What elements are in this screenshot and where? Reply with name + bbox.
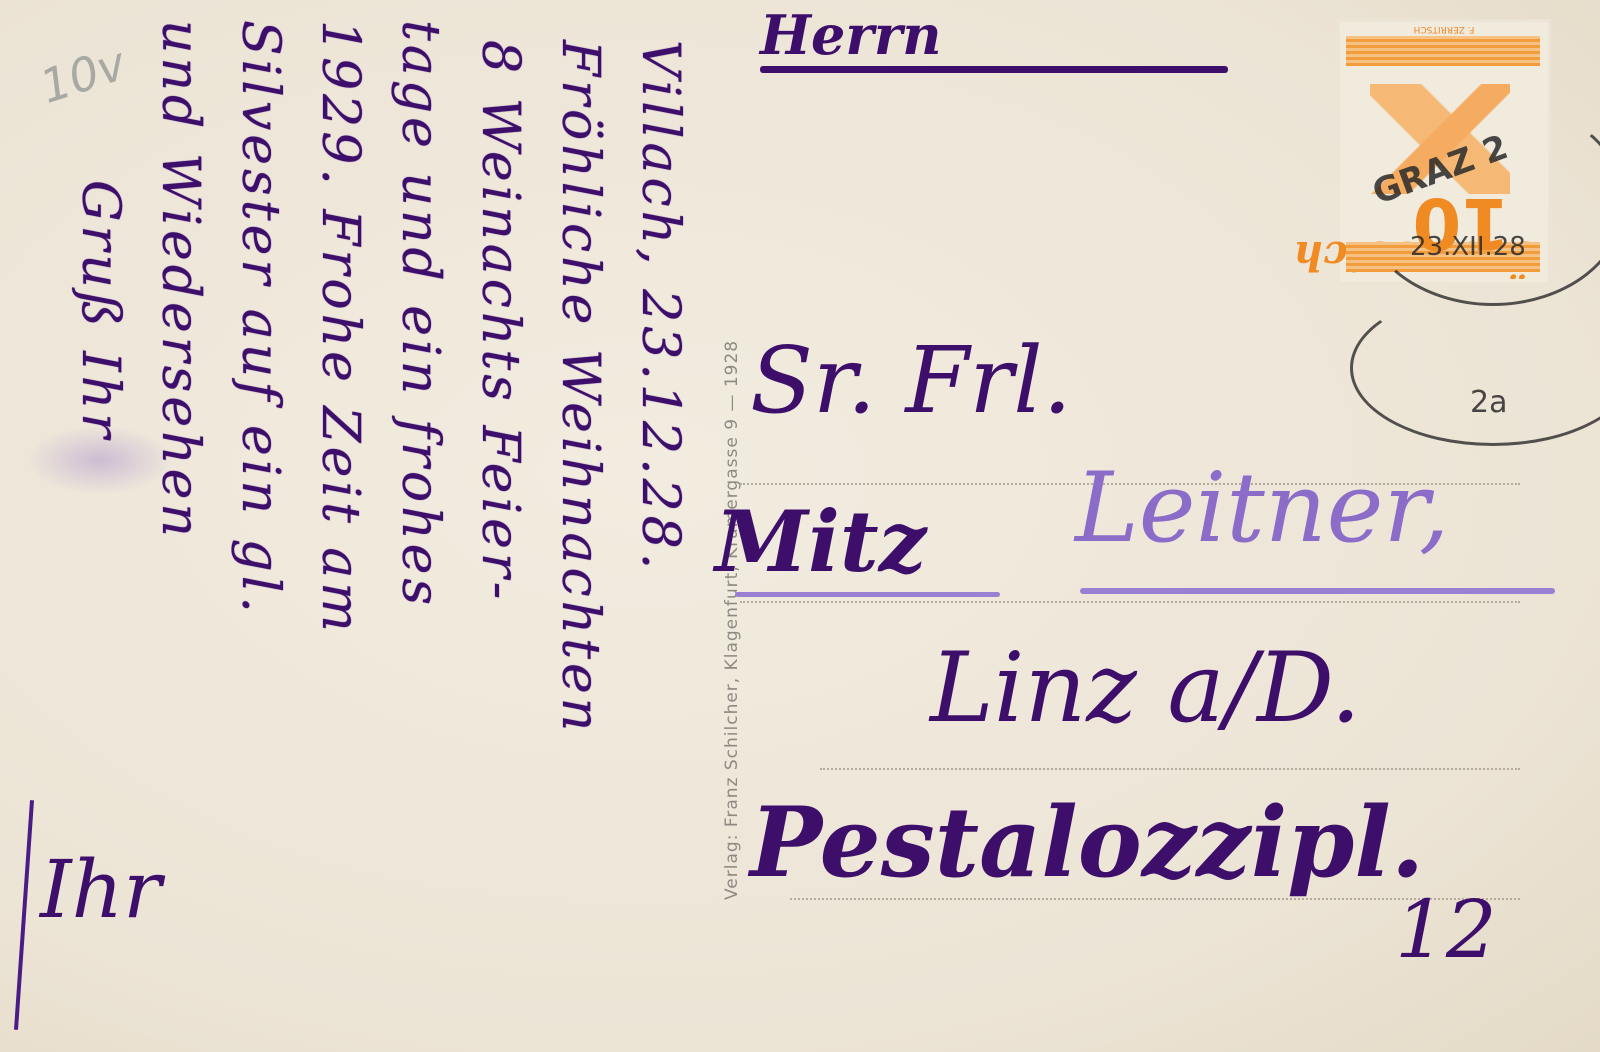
message-line-3: 8 Weinachts Feier-	[470, 40, 530, 603]
pencil-note: 10v	[34, 36, 132, 114]
message-line-8: Gruß Ihr	[70, 180, 130, 442]
message-line-5: 1929. Frohe Zeit am	[310, 20, 370, 636]
last-name-underline	[1080, 588, 1555, 594]
postmark-slot: 2a	[1470, 385, 1507, 420]
postcard-back: 10v Villach, 23.12.28. Fröhliche Weihnac…	[0, 0, 1600, 1052]
address-street: Pestalozzipl.	[750, 795, 1424, 891]
message-line-1: Villach, 23.12.28.	[630, 40, 690, 573]
address-line-2	[740, 601, 1520, 603]
signature: Ihr	[40, 850, 161, 930]
message-line-6: Silvester auf ein gl.	[230, 20, 290, 617]
address-city: Linz a/D.	[930, 640, 1361, 736]
message-line-4: tage und ein frohes	[390, 20, 450, 609]
message-line-7: und Wiedersehen	[150, 20, 210, 541]
postmark-circle-2	[1350, 290, 1600, 446]
header-underline	[760, 66, 1228, 73]
address-first-name: Mitz	[715, 500, 926, 584]
postmark-date: 23.XII.28	[1410, 232, 1526, 262]
address-last-name: Leitner,	[1075, 460, 1449, 556]
address-number: 12	[1395, 890, 1497, 970]
address-header: Herrn	[760, 8, 942, 62]
stamp-designer: F. ZERRITSCH	[1340, 24, 1548, 34]
margin-stroke	[14, 800, 34, 1030]
address-salutation: Sr. Frl.	[750, 335, 1072, 427]
stamp-top-band	[1346, 36, 1540, 66]
first-name-underline	[735, 592, 1000, 597]
address-line-3	[820, 768, 1520, 770]
message-line-2: Fröhliche Weihnachten	[550, 40, 610, 735]
